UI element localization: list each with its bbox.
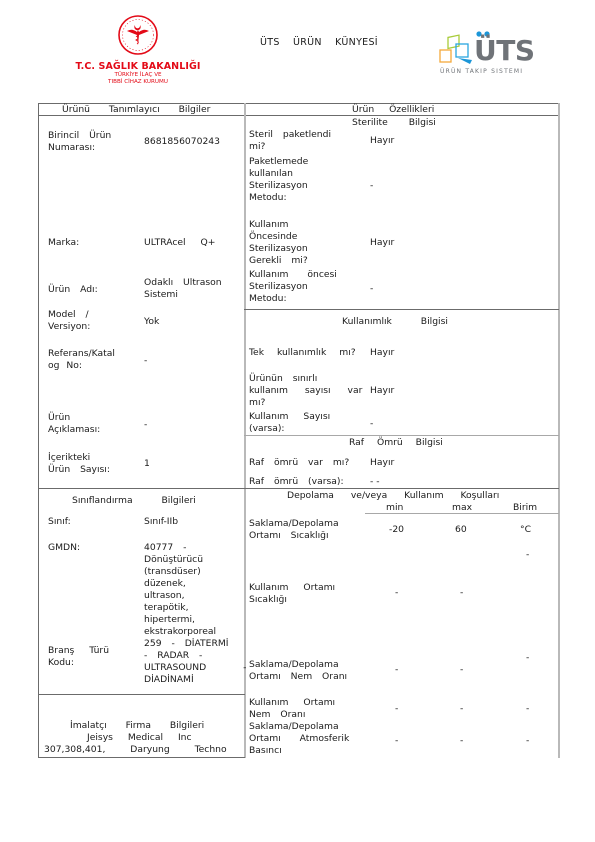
value-primary-number: 8681856070243 (144, 136, 220, 148)
storage-temperature-min: -20 (389, 524, 404, 536)
storage-humidity-label: Saklama/Depolama (249, 659, 339, 671)
uts-logo: ÜTS ÜRÜN TAKIP SISTEMI (436, 30, 556, 76)
value-brand: ULTRAcel Q+ (144, 237, 215, 249)
pre-use-sterilization-required-value: Hayır (370, 237, 394, 249)
col-unit: Birim (513, 502, 537, 514)
shelf-life-exists-label: Raf ömrü var mı? (249, 457, 349, 469)
table-bottom-border-left (38, 757, 245, 758)
sterile-packaged-label: mi? (249, 141, 265, 153)
storage-pressure-min: - (395, 735, 398, 747)
storage-pressure-unit: - (526, 735, 529, 747)
branch-line: DİADİNAMİ (144, 674, 194, 686)
packaging-method-label: kullanılan (249, 168, 293, 180)
single-use-value: Hayır (370, 347, 394, 359)
usage-humidity-max: - (460, 703, 463, 715)
storage-humidity-unit: - (526, 652, 529, 664)
usage-temperature-max: - (460, 587, 463, 599)
ministry-logo: T.C. SAĞLIK BAKANLIĞI TÜRKİYE İLAÇ VE TI… (68, 14, 208, 84)
storage-humidity-min: - (395, 664, 398, 676)
label-branch-2: Kodu: (48, 657, 74, 669)
table-middle-divider (244, 103, 246, 758)
label-primary-number-1: Birincil Ürün (48, 130, 111, 142)
usage-humidity-label: Kullanım Ortamı (249, 697, 335, 709)
limited-use-label: kullanım sayısı var (249, 385, 362, 397)
packaging-method-value: - (370, 180, 373, 192)
storage-pressure-label: Basıncı (249, 745, 282, 757)
col-max: max (452, 502, 472, 514)
label-gmdn: GMDN: (48, 542, 80, 554)
usage-temperature-unit: - (526, 549, 529, 561)
pre-use-sterilization-method-label: Kullanım öncesi (249, 269, 337, 281)
packaging-method-label: Paketlemede (249, 156, 308, 168)
right-conditions-divider (244, 488, 559, 489)
label-content-count-2: Ürün Sayısı: (48, 464, 110, 476)
table-right-border (558, 103, 560, 758)
shelf-life-duration-value: - - (370, 476, 380, 488)
gmdn-line: terapötik, (144, 602, 189, 614)
pre-use-sterilization-required-label: Öncesinde (249, 231, 297, 243)
left-manufacturer-divider (38, 694, 245, 695)
gmdn-line: hipertermi, (144, 614, 195, 626)
pre-use-sterilization-method-label: Sterilizasyon (249, 281, 308, 293)
value-model: Yok (144, 316, 159, 328)
gmdn-line: (transdüser) (144, 566, 201, 578)
table-left-border (38, 103, 39, 757)
value-class: Sınıf-IIb (144, 516, 178, 528)
pre-use-sterilization-required-label: Sterilizasyon (249, 243, 308, 255)
value-product-name-1: Odaklı Ultrason (144, 277, 222, 289)
storage-temperature-label: Ortamı Sıcaklığı (249, 530, 329, 542)
usage-temperature-min: - (395, 587, 398, 599)
usage-temperature-label: Kullanım Ortamı (249, 582, 335, 594)
shelf-life-exists-value: Hayır (370, 457, 394, 469)
packaging-method-label: Sterilizasyon (249, 180, 308, 192)
storage-humidity-max: - (460, 664, 463, 676)
gmdn-line: 40777 - (144, 542, 186, 554)
gmdn-line: ultrason, (144, 590, 185, 602)
storage-pressure-label: Ortamı Atmosferik (249, 733, 349, 745)
classification-section-title: Sınıflandırma Bilgileri (72, 495, 196, 507)
ministry-title: T.C. SAĞLIK BAKANLIĞI (68, 61, 208, 72)
identifier-section-title: Ürünü Tanımlayıcı Bilgiler (62, 104, 210, 116)
uts-logo-title: ÜTS (474, 36, 535, 66)
uts-logo-subtitle: ÜRÜN TAKIP SISTEMI (440, 66, 523, 78)
right-usage-divider (244, 309, 559, 310)
gmdn-line: Dönüştürücü (144, 554, 203, 566)
branch-line: - RADAR - (144, 650, 202, 662)
label-reference-1: Referans/Katal (48, 348, 115, 360)
sterility-title: Sterilite Bilgisi (352, 117, 436, 129)
storage-temperature-max: 60 (455, 524, 467, 536)
label-class: Sınıf: (48, 516, 71, 528)
conditions-section-title: Depolama ve/veya Kullanım Koşulları (287, 490, 499, 502)
manufacturer-address: 307,308,401, Daryung Techno (44, 744, 227, 756)
usage-temperature-label: Sıcaklığı (249, 594, 287, 606)
label-primary-number-2: Numarası: (48, 142, 95, 154)
limited-use-value: Hayır (370, 385, 394, 397)
right-shelf-divider (244, 435, 559, 436)
branch-line: ULTRASOUND - (144, 662, 246, 674)
ministry-subtitle-1: TÜRKİYE İLAÇ VE (68, 72, 208, 79)
value-product-name-2: Sistemi (144, 289, 178, 301)
ministry-subtitle-2: TIBBİ CİHAZ KURUMU (68, 79, 208, 86)
use-count-label: (varsa): (249, 423, 285, 435)
storage-temperature-label: Saklama/Depolama (249, 518, 339, 530)
caduceus-crescent-emblem-icon (117, 14, 159, 56)
pre-use-sterilization-required-label: Gerekli mi? (249, 255, 308, 267)
use-count-label: Kullanım Sayısı (249, 411, 330, 423)
label-brand: Marka: (48, 237, 79, 249)
usage-humidity-label: Nem Oranı (249, 709, 305, 721)
packaging-method-label: Metodu: (249, 192, 287, 204)
left-classification-divider (38, 488, 245, 489)
pre-use-sterilization-required-label: Kullanım (249, 219, 288, 231)
usage-humidity-unit: - (526, 703, 529, 715)
single-use-label: Tek kullanımlık mı? (249, 347, 356, 359)
limited-use-label: mı? (249, 397, 265, 409)
sterile-packaged-label: Steril paketlendi (249, 129, 331, 141)
gmdn-line: düzenek, (144, 578, 186, 590)
manufacturer-section-title: İmalatçı Firma Bilgileri (70, 720, 204, 732)
sterile-packaged-value: Hayır (370, 135, 394, 147)
pre-use-sterilization-method-value: - (370, 283, 373, 295)
col-min: min (386, 502, 403, 514)
label-product-name: Ürün Adı: (48, 284, 98, 296)
manufacturer-name: Jeisys Medical Inc (87, 732, 192, 744)
properties-section-title: Ürün Özellikleri (352, 104, 434, 116)
label-description-1: Ürün (48, 412, 70, 424)
label-branch-1: Branş Türü (48, 645, 109, 657)
gmdn-line: ekstrakorporeal (144, 626, 216, 638)
pre-use-sterilization-method-label: Metodu: (249, 293, 287, 305)
storage-temperature-unit: °C (520, 524, 531, 536)
usage-humidity-min: - (395, 703, 398, 715)
value-description: - (144, 419, 147, 431)
branch-line: 259 - DİATERMİ (144, 638, 228, 650)
storage-pressure-max: - (460, 735, 463, 747)
usage-title: Kullanımlık Bilgisi (342, 316, 448, 328)
storage-humidity-label: Ortamı Nem Oranı (249, 671, 347, 683)
value-reference: - (144, 355, 147, 367)
storage-pressure-label: Saklama/Depolama (249, 721, 339, 733)
shelf-life-title: Raf Ömrü Bilgisi (349, 437, 443, 449)
label-description-2: Açıklaması: (48, 424, 100, 436)
use-count-value: - (370, 418, 373, 430)
label-model-2: Versiyon: (48, 321, 90, 333)
limited-use-label: Ürünün sınırlı (249, 373, 317, 385)
shelf-life-duration-label: Raf ömrü (varsa): (249, 476, 344, 488)
document-title: ÜTS ÜRÜN KÜNYESİ (260, 37, 378, 49)
label-model-1: Model / (48, 309, 89, 321)
label-content-count-1: İçerikteki (48, 452, 90, 464)
label-reference-2: og No: (48, 360, 82, 372)
value-content-count: 1 (144, 458, 150, 470)
